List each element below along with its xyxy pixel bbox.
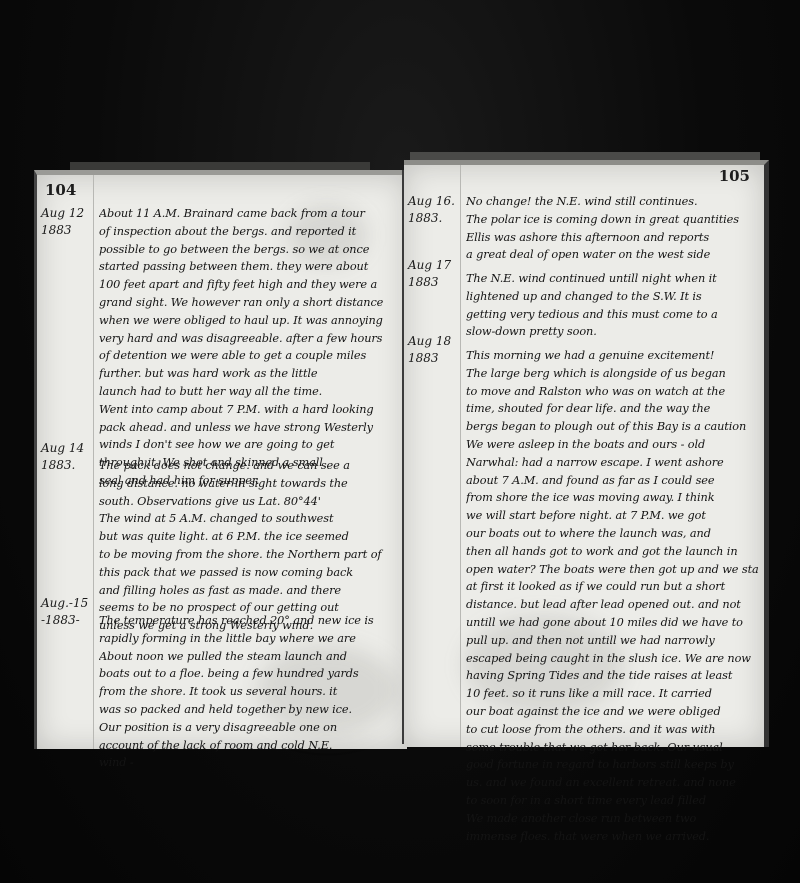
entry-line: open water? The boats were then got up a… [466,561,758,579]
journal-entry: About 11 A.M. Brainard came back from a … [99,205,401,490]
entry-line: escaped being caught in the slush ice. W… [466,650,758,668]
entry-line: our boat against the ice and we were obl… [466,703,758,721]
page-number: 104 [45,181,76,199]
entry-line: Narwhal: had a narrow escape. I went ash… [466,454,758,472]
journal-spread: 104 Aug 12 1883 About 11 A.M. Brainard c… [30,150,770,750]
entry-date-year: 1883. [408,210,455,227]
entry-line: slow-down pretty soon. [466,323,758,341]
entry-line: at first it looked as if we could run bu… [466,578,758,596]
entry-line: south. Observations give us Lat. 80°44' [99,493,401,511]
entry-line: untill we had gone about 10 miles did we… [466,614,758,632]
entry-line: The wind at 5 A.M. changed to southwest [99,510,401,528]
entry-line: this pack that we passed is now coming b… [99,564,401,582]
entry-date: Aug 17 1883 [408,257,451,291]
entry-date-day: Aug 17 [408,257,451,274]
entry-date-day: Aug 18 [408,333,451,350]
entry-line: The N.E. wind continued untill night whe… [466,270,758,288]
entry-line: then all hands got to work and got the l… [466,543,758,561]
entry-line: from shore the ice was moving away. I th… [466,489,758,507]
entry-line: Went into camp about 7 P.M. with a hard … [99,401,401,419]
entry-line: we will start before night. at 7 P.M. we… [466,507,758,525]
entry-line: and filling holes as fast as made. and t… [99,582,401,600]
entry-line: distance. but lead after lead opened out… [466,596,758,614]
entry-line: to soon for in a short time every lead f… [466,792,758,810]
entry-date: Aug 14 1883. [41,440,84,474]
entry-line: good fortune in regard to harbors still … [466,756,758,774]
entry-line: pack ahead. and unless we have strong We… [99,419,401,437]
entry-line: This morning we had a genuine excitement… [466,347,758,365]
entry-line: Ellis was ashore this afternoon and repo… [466,229,758,247]
entry-line: having Spring Tides and the tide raises … [466,667,758,685]
right-page: 105 Aug 16. 1883. No change! the N.E. wi… [404,160,769,747]
entry-date-year: 1883 [41,222,84,239]
entry-line: launch had to butt her way all the time. [99,383,401,401]
entry-date-day: Aug 16. [408,193,455,210]
entry-line: was so packed and held together by new i… [99,701,401,719]
journal-entry: No change! the N.E. wind still continues… [466,193,758,264]
entry-line: to cut loose from the others. and it was… [466,721,758,739]
left-page: 104 Aug 12 1883 About 11 A.M. Brainard c… [34,170,407,749]
entry-line: to be moving from the shore. the Norther… [99,546,401,564]
entry-date-year: -1883- [41,612,88,629]
entry-date: Aug 12 1883 [41,205,84,239]
margin-rule [460,165,461,747]
entry-line: bergs began to plough out of this Bay is… [466,418,758,436]
journal-entry: This morning we had a genuine excitement… [466,347,758,845]
entry-line: further. but was hard work as the little [99,365,401,383]
entry-line: of inspection about the bergs. and repor… [99,223,401,241]
entry-line: started passing between them. they were … [99,258,401,276]
entry-date-day: Aug.-15 [41,595,88,612]
entry-line: About noon we pulled the steam launch an… [99,648,401,666]
journal-entry: The pack does not change. and we can see… [99,457,401,635]
entry-line: account of the lack of room and cold N.E… [99,737,401,755]
entry-line: Our position is a very disagreeable one … [99,719,401,737]
entry-date: Aug 18 1883 [408,333,451,367]
entry-line: from the shore. It took us several hours… [99,683,401,701]
entry-date-day: Aug 12 [41,205,84,222]
entry-line: pull up. and then not untill we had narr… [466,632,758,650]
entry-line: The pack does not change. and we can see… [99,457,401,475]
entry-line: getting very tedious and this must come … [466,306,758,324]
entry-line: About 11 A.M. Brainard came back from a … [99,205,401,223]
entry-line: The large berg which is alongside of us … [466,365,758,383]
entry-date-year: 1883 [408,274,451,291]
entry-line: a great deal of open water on the west s… [466,246,758,264]
entry-line: 100 feet apart and fifty feet high and t… [99,276,401,294]
entry-date-year: 1883 [408,350,451,367]
entry-line: us. and we found an excellent retreat. a… [466,774,758,792]
entry-line: We were asleep in the boats and ours - o… [466,436,758,454]
margin-rule [93,175,94,749]
entry-line: time, shouted for dear life. and the way… [466,400,758,418]
journal-entry: The temperature has reached 20° and new … [99,612,401,772]
entry-line: some trouble that we got her back. Our u… [466,739,758,757]
entry-date: Aug 16. 1883. [408,193,455,227]
entry-line: of detention we were able to get a coupl… [99,347,401,365]
entry-line: winds I don't see how we are going to ge… [99,436,401,454]
entry-line: when we were obliged to haul up. It was … [99,312,401,330]
entry-line: immense floes. that were when we arrived… [466,828,758,846]
entry-line: lightened up and changed to the S.W. It … [466,288,758,306]
entry-line: possible to go between the bergs. so we … [99,241,401,259]
entry-line: boats out to a floe. being a few hundred… [99,665,401,683]
page-number: 105 [719,167,750,185]
entry-line: grand sight. We however ran only a short… [99,294,401,312]
entry-line: We made another close run between two [466,810,758,828]
entry-date-year: 1883. [41,457,84,474]
entry-date-day: Aug 14 [41,440,84,457]
entry-date: Aug.-15 -1883- [41,595,88,629]
entry-line: but was quite light. at 6 P.M. the ice s… [99,528,401,546]
entry-line: wind - [99,754,401,772]
entry-line: The polar ice is coming down in great qu… [466,211,758,229]
entry-line: rapidly forming in the little bay where … [99,630,401,648]
entry-line: 10 feet. so it runs like a mill race. It… [466,685,758,703]
entry-line: about 7 A.M. and found as far as I could… [466,472,758,490]
entry-line: The temperature has reached 20° and new … [99,612,401,630]
entry-line: No change! the N.E. wind still continues… [466,193,758,211]
entry-line: very hard and was disagreeable. after a … [99,330,401,348]
entry-line: to move and Ralston who was on watch at … [466,383,758,401]
entry-line: long distance. no water in sight towards… [99,475,401,493]
entry-line: our boats out to where the launch was, a… [466,525,758,543]
journal-entry: The N.E. wind continued untill night whe… [466,270,758,341]
